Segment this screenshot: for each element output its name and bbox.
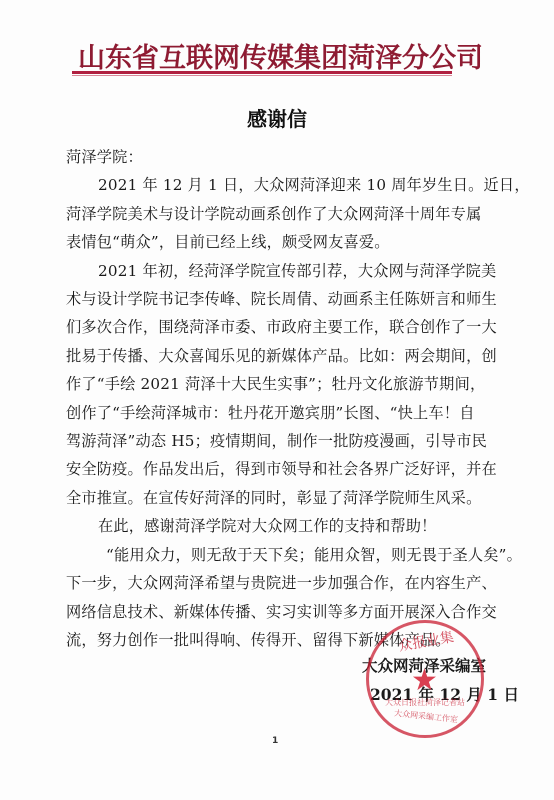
paragraph-line: 表情包“萌众”，目前已经上线，颇受网友喜爱。 — [66, 228, 482, 256]
paragraph-line: 术与设计学院书记李传峰、院长周倩、动画系主任陈妍言和师生 — [66, 285, 482, 313]
paragraph-line: 菏泽学院美术与设计学院动画系创作了大众网菏泽十周年专属 — [66, 200, 482, 228]
document-title: 感谢信 — [0, 103, 554, 132]
star-icon: ★ — [411, 663, 438, 698]
paragraph-line: 作了“手绘 2021 菏泽十大民生实事”；牡丹文化旅游节期间， — [66, 370, 482, 398]
paragraph-line: 安全防疫。作品发出后，得到市领导和社会各界广泛好评，并在 — [66, 455, 482, 483]
official-seal: 众报业集 ★ 大众日报社菏泽记者站 大众网采编工作室 — [366, 620, 484, 738]
paragraph-line: 2021 年初，经菏泽学院宣传部引荐，大众网与菏泽学院美 — [66, 257, 482, 285]
letterhead-divider-thin — [72, 75, 452, 76]
paragraph-line: 全市推宣。在宣传好菏泽的同时，彰显了菏泽学院师生风采。 — [66, 484, 482, 512]
letterhead-organization: 山东省互联网传媒集团菏泽分公司 — [78, 36, 452, 75]
letterhead-divider — [72, 71, 452, 74]
paragraph-line: 2021 年 12 月 1 日，大众网菏泽迎来 10 周年岁生日。近日， — [66, 171, 482, 199]
quotation-line: “能用众力，则无敌于天下矣；能用众智，则无畏于圣人矣”。 — [66, 541, 482, 569]
salutation: 菏泽学院： — [66, 143, 482, 171]
paragraph-line: 创作了“手绘菏泽城市：牡丹花开邀宾朋”长图、“快上车！自 — [66, 399, 482, 427]
page-number: 1 — [272, 736, 278, 746]
paragraph-line: 驾游菏泽”动态 H5；疫情期间，制作一批防疫漫画，引导市民 — [66, 427, 482, 455]
paragraph-line: 批易于传播、大众喜闻乐见的新媒体产品。比如：两会期间，创 — [66, 342, 482, 370]
seal-top-text: 众报业集 — [390, 625, 462, 657]
letter-body: 菏泽学院： 2021 年 12 月 1 日，大众网菏泽迎来 10 周年岁生日。近… — [66, 143, 482, 654]
paragraph-line: 们多次合作，围绕菏泽市委、市政府主要工作，联合创作了一大 — [66, 313, 482, 341]
paragraph-line: 在此，感谢菏泽学院对大众网工作的支持和帮助！ — [66, 512, 482, 540]
seal-bottom-text-2: 大众网采编工作室 — [383, 707, 470, 727]
paragraph-line: 下一步，大众网菏泽希望与贵院进一步加强合作，在内容生产、 — [66, 569, 482, 597]
